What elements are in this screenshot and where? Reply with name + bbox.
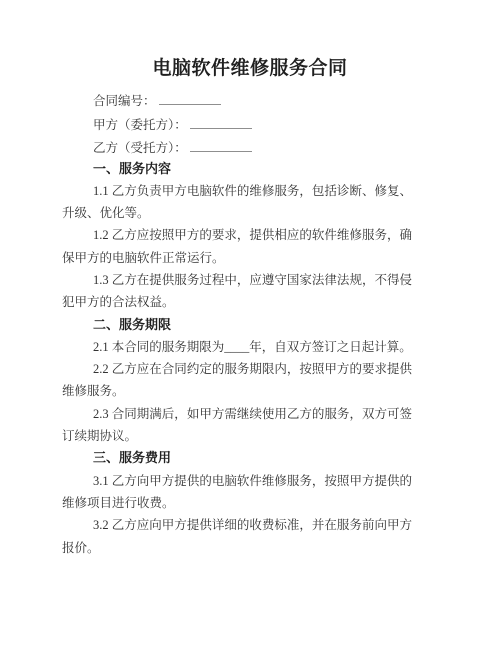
field-label-party-b: 乙方（受托方）：	[93, 141, 187, 155]
clause-2-3: 2.3 合同期满后，如甲方需继续使用乙方的服务，双方可签订续期协议。	[62, 403, 412, 448]
clause-3-2: 3.2 乙方应向甲方提供详细的收费标准，并在服务前向甲方报价。	[62, 514, 412, 559]
document-title: 电脑软件维修服务合同	[10, 55, 490, 83]
field-party-a: 甲方（委托方）：	[62, 114, 412, 138]
clause-1-1: 1.1 乙方负责甲方电脑软件的维修服务，包括诊断、修复、升级、优化等。	[62, 180, 412, 225]
field-label-contract-number: 合同编号：	[93, 94, 156, 108]
field-label-party-a: 甲方（委托方）：	[93, 118, 187, 132]
blank-line-party-a[interactable]	[190, 117, 252, 129]
contract-document-page: 电脑软件维修服务合同 合同编号： 甲方（委托方）： 乙方（受托方）： 一、服务内…	[0, 0, 500, 647]
field-contract-number: 合同编号：	[62, 90, 412, 114]
section-heading-service-term: 二、服务期限	[62, 314, 412, 336]
blank-line-contract-number[interactable]	[159, 93, 221, 105]
clause-1-3: 1.3 乙方在提供服务过程中，应遵守国家法律法规，不得侵犯甲方的合法权益。	[62, 269, 412, 314]
header-fields: 合同编号： 甲方（委托方）： 乙方（受托方）：	[62, 90, 412, 161]
contract-body: 一、服务内容 1.1 乙方负责甲方电脑软件的维修服务，包括诊断、修复、升级、优化…	[62, 158, 412, 559]
section-heading-service-fees: 三、服务费用	[62, 447, 412, 469]
blank-line-party-b[interactable]	[190, 140, 252, 152]
section-heading-service-content: 一、服务内容	[62, 158, 412, 180]
clause-2-1: 2.1 本合同的服务期限为____年，自双方签订之日起计算。	[62, 336, 412, 358]
clause-2-2: 2.2 乙方应在合同约定的服务期限内，按照甲方的要求提供维修服务。	[62, 358, 412, 403]
clause-1-2: 1.2 乙方应按照甲方的要求，提供相应的软件维修服务，确保甲方的电脑软件正常运行…	[62, 224, 412, 269]
clause-3-1: 3.1 乙方向甲方提供的电脑软件维修服务，按照甲方提供的维修项目进行收费。	[62, 470, 412, 515]
